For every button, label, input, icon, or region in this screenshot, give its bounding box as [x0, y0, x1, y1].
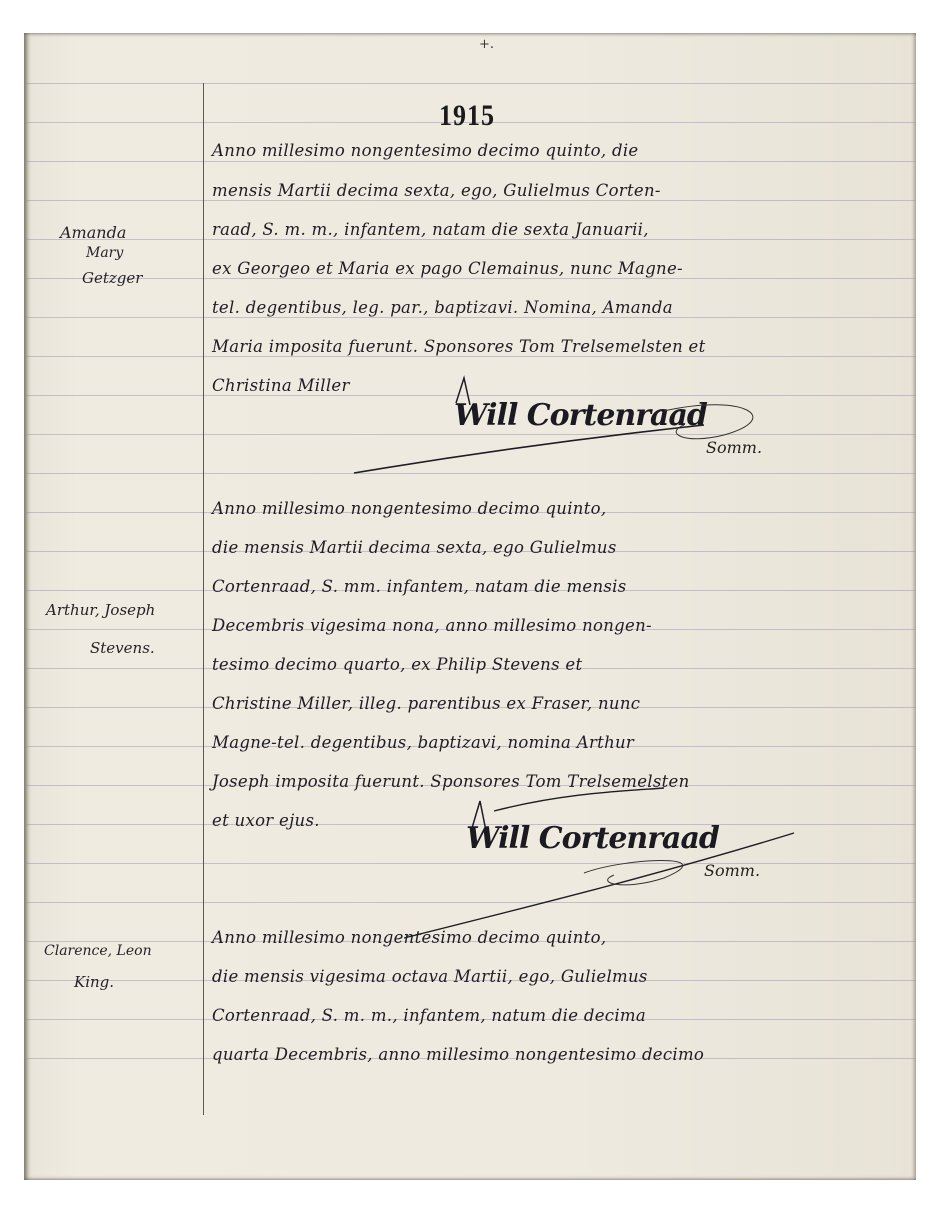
entry-text-line: die mensis vigesima octava Martii, ego, … — [212, 967, 648, 986]
entry-text-line: Cortenraad, S. m. m., infantem, natum di… — [212, 1006, 646, 1025]
entry-text-line: Anno millesimo nongentesimo decimo quint… — [212, 928, 606, 947]
entry-text-line: quarta Decembris, anno millesimo nongent… — [212, 1045, 704, 1064]
register-page: +. 1915 Amanda Mary Getzger Anno millesi… — [24, 33, 916, 1180]
margin-name-line: King. — [74, 973, 114, 991]
margin-name-line: Clarence, Leon — [44, 943, 152, 959]
baptism-entry-3: Clarence, Leon King. Anno millesimo nong… — [24, 33, 916, 1180]
